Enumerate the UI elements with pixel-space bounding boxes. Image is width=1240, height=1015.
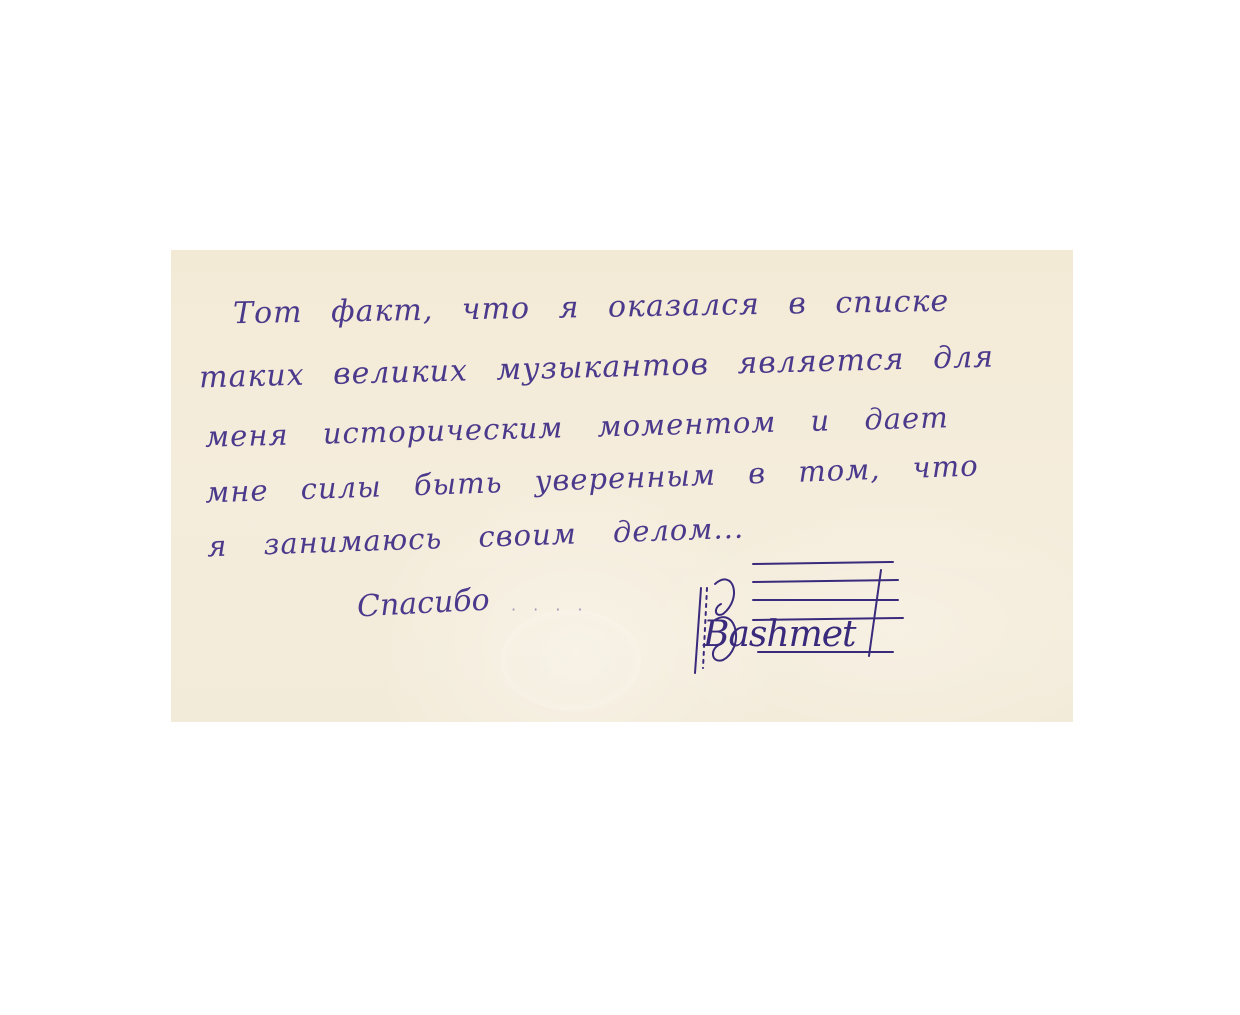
- embossed-decoration: [501, 610, 641, 710]
- note-line-5: я занимаюсь своим делом...: [207, 511, 745, 564]
- note-line-3: меня историческим моментом и дает: [205, 400, 949, 453]
- signature-staff-icon: [693, 548, 913, 678]
- note-line-4: мне силы быть уверенным в том, что: [205, 449, 980, 510]
- signature-name: Bashmet: [703, 614, 856, 655]
- note-line-1: Тот факт, что я оказался в списке: [233, 284, 950, 331]
- note-card: Тот факт, что я оказался в списке таких …: [171, 250, 1073, 722]
- page: Тот факт, что я оказался в списке таких …: [0, 0, 1240, 1015]
- closing-thanks: Спасибо: [356, 583, 490, 625]
- note-line-2: таких великих музыкантов является для: [199, 340, 995, 396]
- signature: Bashmet: [693, 548, 913, 678]
- closing-dots: · · · ·: [511, 600, 589, 619]
